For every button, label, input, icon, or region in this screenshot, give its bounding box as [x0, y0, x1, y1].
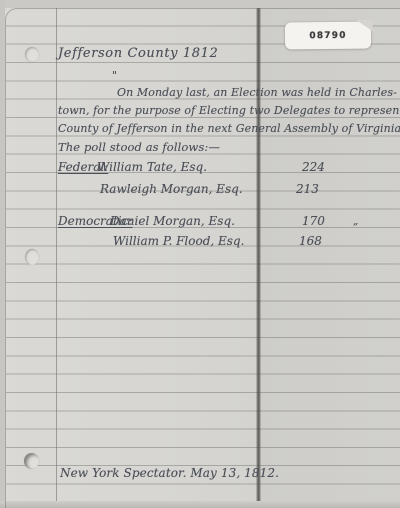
body-line: The poll stood as follows:—: [58, 140, 220, 154]
scan-edge-left: [0, 0, 5, 508]
note-title: Jefferson County 1812: [58, 47, 218, 61]
scan-edge-top: [0, 0, 400, 8]
candidate-name: Rawleigh Morgan, Esq.: [100, 182, 243, 196]
vote-count: 168: [299, 234, 322, 248]
vote-count: 224: [302, 160, 325, 174]
punch-hole-bottom: [24, 453, 39, 469]
scan-edge-bottom: [0, 501, 400, 508]
poll-row: William P. Flood, Esq. 168: [0, 234, 400, 253]
poll-row: Rawleigh Morgan, Esq. 213: [0, 182, 400, 201]
catalog-number: 08790: [309, 30, 346, 40]
opening-quote-mark: ": [112, 69, 117, 83]
vote-count: 170: [302, 214, 325, 228]
binding-fold-line: [256, 0, 261, 508]
source-citation: New York Spectator. May 13, 1812.: [60, 466, 279, 480]
ditto-mark: „: [353, 216, 358, 227]
candidate-name: William Tate, Esq.: [97, 160, 207, 174]
scanned-notebook-page: 08790 Jefferson County 1812 " On Monday …: [0, 0, 400, 508]
body-line: town, for the purpose of Electing two De…: [58, 104, 400, 118]
candidate-name: William P. Flood, Esq.: [113, 234, 244, 248]
poll-row: Democratic: Daniel Morgan, Esq. 170 „: [0, 214, 400, 233]
right-page-shading: [261, 0, 400, 508]
vote-count: 213: [296, 182, 319, 196]
margin-line: [56, 8, 57, 508]
body-line: County of Jefferson in the next General …: [58, 122, 400, 136]
catalog-sticker: 08790: [285, 22, 371, 50]
punch-hole-top: [25, 47, 39, 62]
candidate-name: Daniel Morgan, Esq.: [110, 214, 235, 228]
poll-row: Federal: William Tate, Esq. 224: [0, 160, 400, 179]
body-line: On Monday last, an Election was held in …: [117, 86, 397, 100]
